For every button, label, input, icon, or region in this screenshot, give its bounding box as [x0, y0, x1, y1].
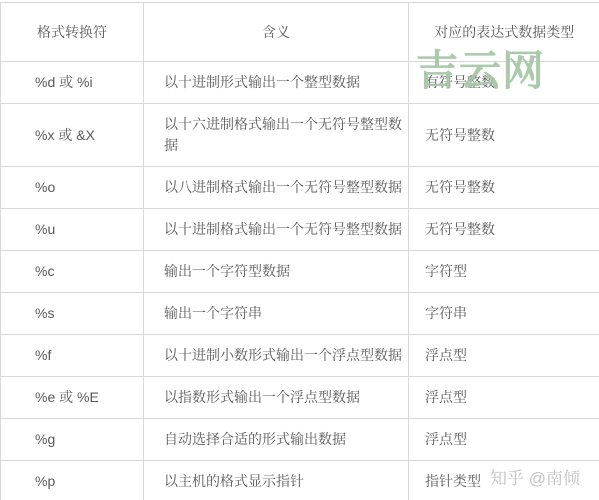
data-type-cell: 浮点型 [409, 377, 599, 419]
format-specifier-cell: %e 或 %E [1, 377, 144, 419]
format-specifier-table-page: 格式转换符 含义 对应的表达式数据类型 %d 或 %i 以十进制形式输出一个整型… [0, 0, 599, 500]
header-data-type: 对应的表达式数据类型 [409, 3, 599, 62]
header-meaning: 含义 [144, 3, 409, 62]
meaning-cell: 以十进制形式输出一个整型数据 [144, 62, 409, 104]
data-type-cell: 字符型 [409, 251, 599, 293]
table-row: %g 自动选择合适的形式输出数据 浮点型 [1, 419, 599, 461]
data-type-cell: 字符串 [409, 293, 599, 335]
table-row: %u 以十进制格式输出一个无符号整型数据 无符号整数 [1, 209, 599, 251]
meaning-cell: 以十进制小数形式输出一个浮点型数据 [144, 335, 409, 377]
format-specifier-table: 格式转换符 含义 对应的表达式数据类型 %d 或 %i 以十进制形式输出一个整型… [0, 2, 599, 500]
format-specifier-cell: %s [1, 293, 144, 335]
meaning-cell: 以主机的格式显示指针 [144, 461, 409, 500]
format-specifier-cell: %p [1, 461, 144, 500]
meaning-cell: 以十六进制格式输出一个无符号整型数据 [144, 104, 409, 167]
table-row: %d 或 %i 以十进制形式输出一个整型数据 有符号整数 [1, 62, 599, 104]
data-type-cell: 浮点型 [409, 419, 599, 461]
data-type-cell: 有符号整数 [409, 62, 599, 104]
meaning-cell: 输出一个字符型数据 [144, 251, 409, 293]
format-specifier-cell: %c [1, 251, 144, 293]
header-format-specifier: 格式转换符 [1, 3, 144, 62]
format-specifier-cell: %x 或 &X [1, 104, 144, 167]
format-specifier-cell: %o [1, 167, 144, 209]
meaning-cell: 以八进制格式输出一个无符号整型数据 [144, 167, 409, 209]
format-specifier-cell: %d 或 %i [1, 62, 144, 104]
table-row: %o 以八进制格式输出一个无符号整型数据 无符号整数 [1, 167, 599, 209]
table-row: %s 输出一个字符串 字符串 [1, 293, 599, 335]
table-row: %e 或 %E 以指数形式输出一个浮点型数据 浮点型 [1, 377, 599, 419]
header-row: 格式转换符 含义 对应的表达式数据类型 [1, 3, 599, 62]
meaning-cell: 输出一个字符串 [144, 293, 409, 335]
table-row: %f 以十进制小数形式输出一个浮点型数据 浮点型 [1, 335, 599, 377]
data-type-cell: 浮点型 [409, 335, 599, 377]
format-specifier-cell: %f [1, 335, 144, 377]
format-specifier-cell: %u [1, 209, 144, 251]
data-type-cell: 无符号整数 [409, 167, 599, 209]
table-row: %p 以主机的格式显示指针 指针类型 [1, 461, 599, 500]
table-row: %x 或 &X 以十六进制格式输出一个无符号整型数据 无符号整数 [1, 104, 599, 167]
meaning-cell: 以十进制格式输出一个无符号整型数据 [144, 209, 409, 251]
meaning-cell: 自动选择合适的形式输出数据 [144, 419, 409, 461]
table-row: %c 输出一个字符型数据 字符型 [1, 251, 599, 293]
meaning-cell: 以指数形式输出一个浮点型数据 [144, 377, 409, 419]
format-specifier-cell: %g [1, 419, 144, 461]
data-type-cell: 指针类型 [409, 461, 599, 500]
data-type-cell: 无符号整数 [409, 104, 599, 167]
data-type-cell: 无符号整数 [409, 209, 599, 251]
